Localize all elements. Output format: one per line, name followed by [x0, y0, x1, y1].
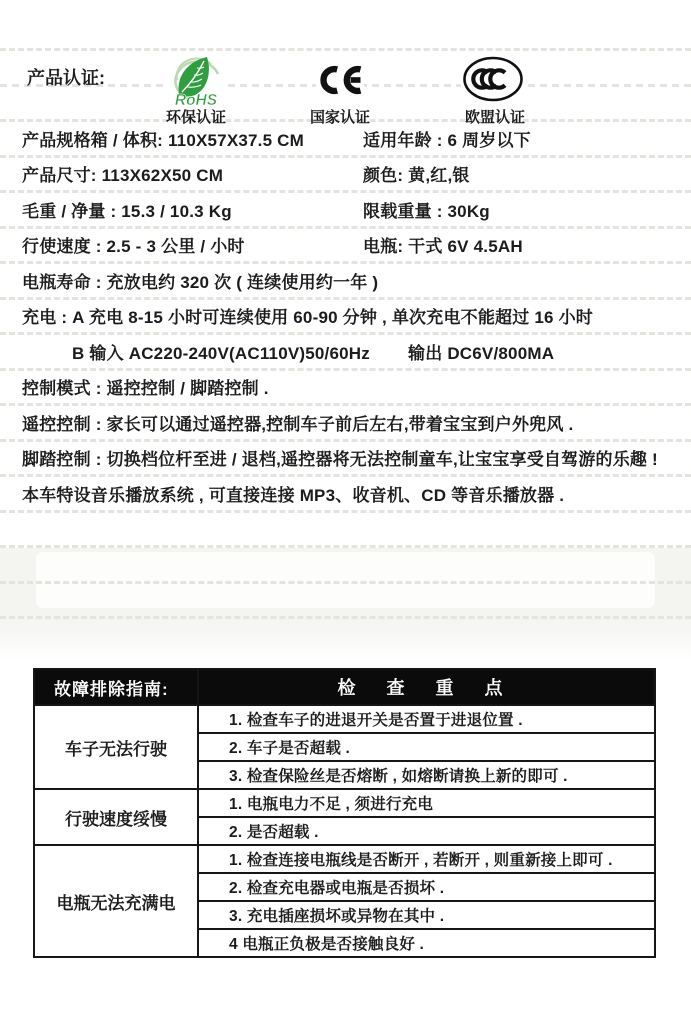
product-spec-sheet: 产品认证: RoHS 环保认证 国家认证: [0, 48, 691, 619]
check-cell: 2. 检查充电器或电瓶是否损坏 .: [198, 873, 655, 901]
spec-row-empty: [0, 584, 691, 620]
spec-row: 产品规格箱 / 体积: 110X57X37.5 CM 适用年龄 : 6 周岁以下: [0, 122, 691, 158]
check-cell: 2. 是否超载 .: [198, 817, 655, 845]
spec-row: 产品尺寸: 113X62X50 CM 颜色: 黄,红,银: [0, 158, 691, 194]
ccc-mark-icon: [461, 55, 525, 103]
table-row: 车子无法行驶 1. 检查车子的进退开关是否置于进退位置 .: [34, 705, 655, 733]
spec-left-text: 控制模式 : 遥控控制 / 脚踏控制 .: [0, 374, 269, 399]
spec-left-text: 本车特设音乐播放系统 , 可直接连接 MP3、收音机、CD 等音乐播放器 .: [0, 481, 564, 506]
spec-row: 电瓶寿命 : 充放电约 320 次 ( 连续使用约一年 ): [0, 264, 691, 300]
check-cell: 2. 车子是否超载 .: [198, 733, 655, 761]
spec-left-text: 毛重 / 净量 : 15.3 / 10.3 Kg: [0, 197, 232, 222]
spec-right-text: 颜色: 黄,红,银: [363, 161, 470, 186]
check-cell: 3. 检查保险丝是否熔断 , 如熔断请换上新的即可 .: [198, 761, 655, 789]
table-row: 行驶速度绥慢 1. 电瓶电力不足 , 须进行充电: [34, 789, 655, 817]
spec-row: 脚踏控制 : 切换档位杆至进 / 退档,遥控器将无法控制童车,让宝宝享受自驾游的…: [0, 442, 691, 478]
spec-left-text: 脚踏控制 : 切换档位杆至进 / 退档,遥控器将无法控制童车,让宝宝享受自驾游的…: [0, 445, 658, 470]
spec-left-text: 遥控控制 : 家长可以通过遥控器,控制车子前后左右,带着宝宝到户外兜风 .: [0, 410, 573, 435]
problem-cell: 行驶速度绥慢: [34, 789, 198, 845]
certification-row: 产品认证: RoHS 环保认证 国家认证: [0, 51, 691, 122]
spec-right-text: 适用年龄 : 6 周岁以下: [363, 126, 531, 151]
fade-band: [0, 612, 691, 660]
problem-cell: 车子无法行驶: [34, 705, 198, 789]
spec-left-text: 电瓶寿命 : 充放电约 320 次 ( 连续使用约一年 ): [0, 268, 378, 293]
troubleshooting-guide-title: 故障排除指南:: [34, 669, 198, 705]
check-cell: 1. 检查连接电瓶线是否断开 , 若断开 , 则重新接上即可 .: [198, 845, 655, 873]
spec-row-empty: [0, 513, 691, 549]
spec-right-text: 限载重量 : 30Kg: [363, 197, 490, 222]
troubleshooting-section: 故障排除指南: 检 查 重 点 车子无法行驶 1. 检查车子的进退开关是否置于进…: [33, 668, 656, 958]
rohs-caption: 环保认证: [154, 106, 238, 127]
spec-right-text: 电瓶: 干式 6V 4.5AH: [363, 232, 523, 257]
rohs-logo: RoHS: [166, 54, 226, 107]
check-cell: 3. 充电插座损坏或异物在其中 .: [198, 901, 655, 929]
table-header-row: 故障排除指南: 检 查 重 点: [34, 669, 655, 705]
spec-row-empty: [0, 548, 691, 584]
spec-row: 行使速度 : 2.5 - 3 公里 / 小时 电瓶: 干式 6V 4.5AH: [0, 229, 691, 265]
ce-caption: 国家认证: [298, 106, 382, 127]
spec-right-text: 输出 DC6V/800MA: [408, 339, 554, 364]
ce-logo: [316, 62, 364, 98]
ccc-caption: 欧盟认证: [453, 106, 537, 127]
ce-mark-icon: [316, 62, 364, 98]
spec-left-text: 产品尺寸: 113X62X50 CM: [0, 161, 223, 186]
spec-row: B 输入 AC220-240V(AC110V)50/60Hz 输出 DC6V/8…: [0, 335, 691, 371]
check-cell: 1. 检查车子的进退开关是否置于进退位置 .: [198, 705, 655, 733]
certification-label: 产品认证:: [27, 64, 105, 90]
problem-cell: 电瓶无法充满电: [34, 845, 198, 957]
spec-left-text: 充电 : A 充电 8-15 小时可连续使用 60-90 分钟 , 单次充电不能…: [0, 303, 593, 328]
troubleshooting-table: 故障排除指南: 检 查 重 点 车子无法行驶 1. 检查车子的进退开关是否置于进…: [33, 668, 656, 958]
ccc-logo: [461, 55, 525, 103]
check-points-title: 检 查 重 点: [198, 669, 655, 705]
spec-left-text: 行使速度 : 2.5 - 3 公里 / 小时: [0, 232, 245, 257]
spec-row: 毛重 / 净量 : 15.3 / 10.3 Kg 限载重量 : 30Kg: [0, 193, 691, 229]
spec-row: 控制模式 : 遥控控制 / 脚踏控制 .: [0, 371, 691, 407]
spec-left-text: 产品规格箱 / 体积: 110X57X37.5 CM: [0, 126, 304, 151]
table-row: 电瓶无法充满电 1. 检查连接电瓶线是否断开 , 若断开 , 则重新接上即可 .: [34, 845, 655, 873]
check-cell: 4 电瓶正负极是否接触良好 .: [198, 929, 655, 957]
svg-text:RoHS: RoHS: [175, 92, 218, 107]
spec-row: 遥控控制 : 家长可以通过遥控器,控制车子前后左右,带着宝宝到户外兜风 .: [0, 406, 691, 442]
spec-left-text: B 输入 AC220-240V(AC110V)50/60Hz: [0, 339, 370, 364]
rohs-leaf-icon: RoHS: [167, 54, 225, 107]
check-cell: 1. 电瓶电力不足 , 须进行充电: [198, 789, 655, 817]
spec-row: 充电 : A 充电 8-15 小时可连续使用 60-90 分钟 , 单次充电不能…: [0, 300, 691, 336]
spec-row: 本车特设音乐播放系统 , 可直接连接 MP3、收音机、CD 等音乐播放器 .: [0, 477, 691, 513]
